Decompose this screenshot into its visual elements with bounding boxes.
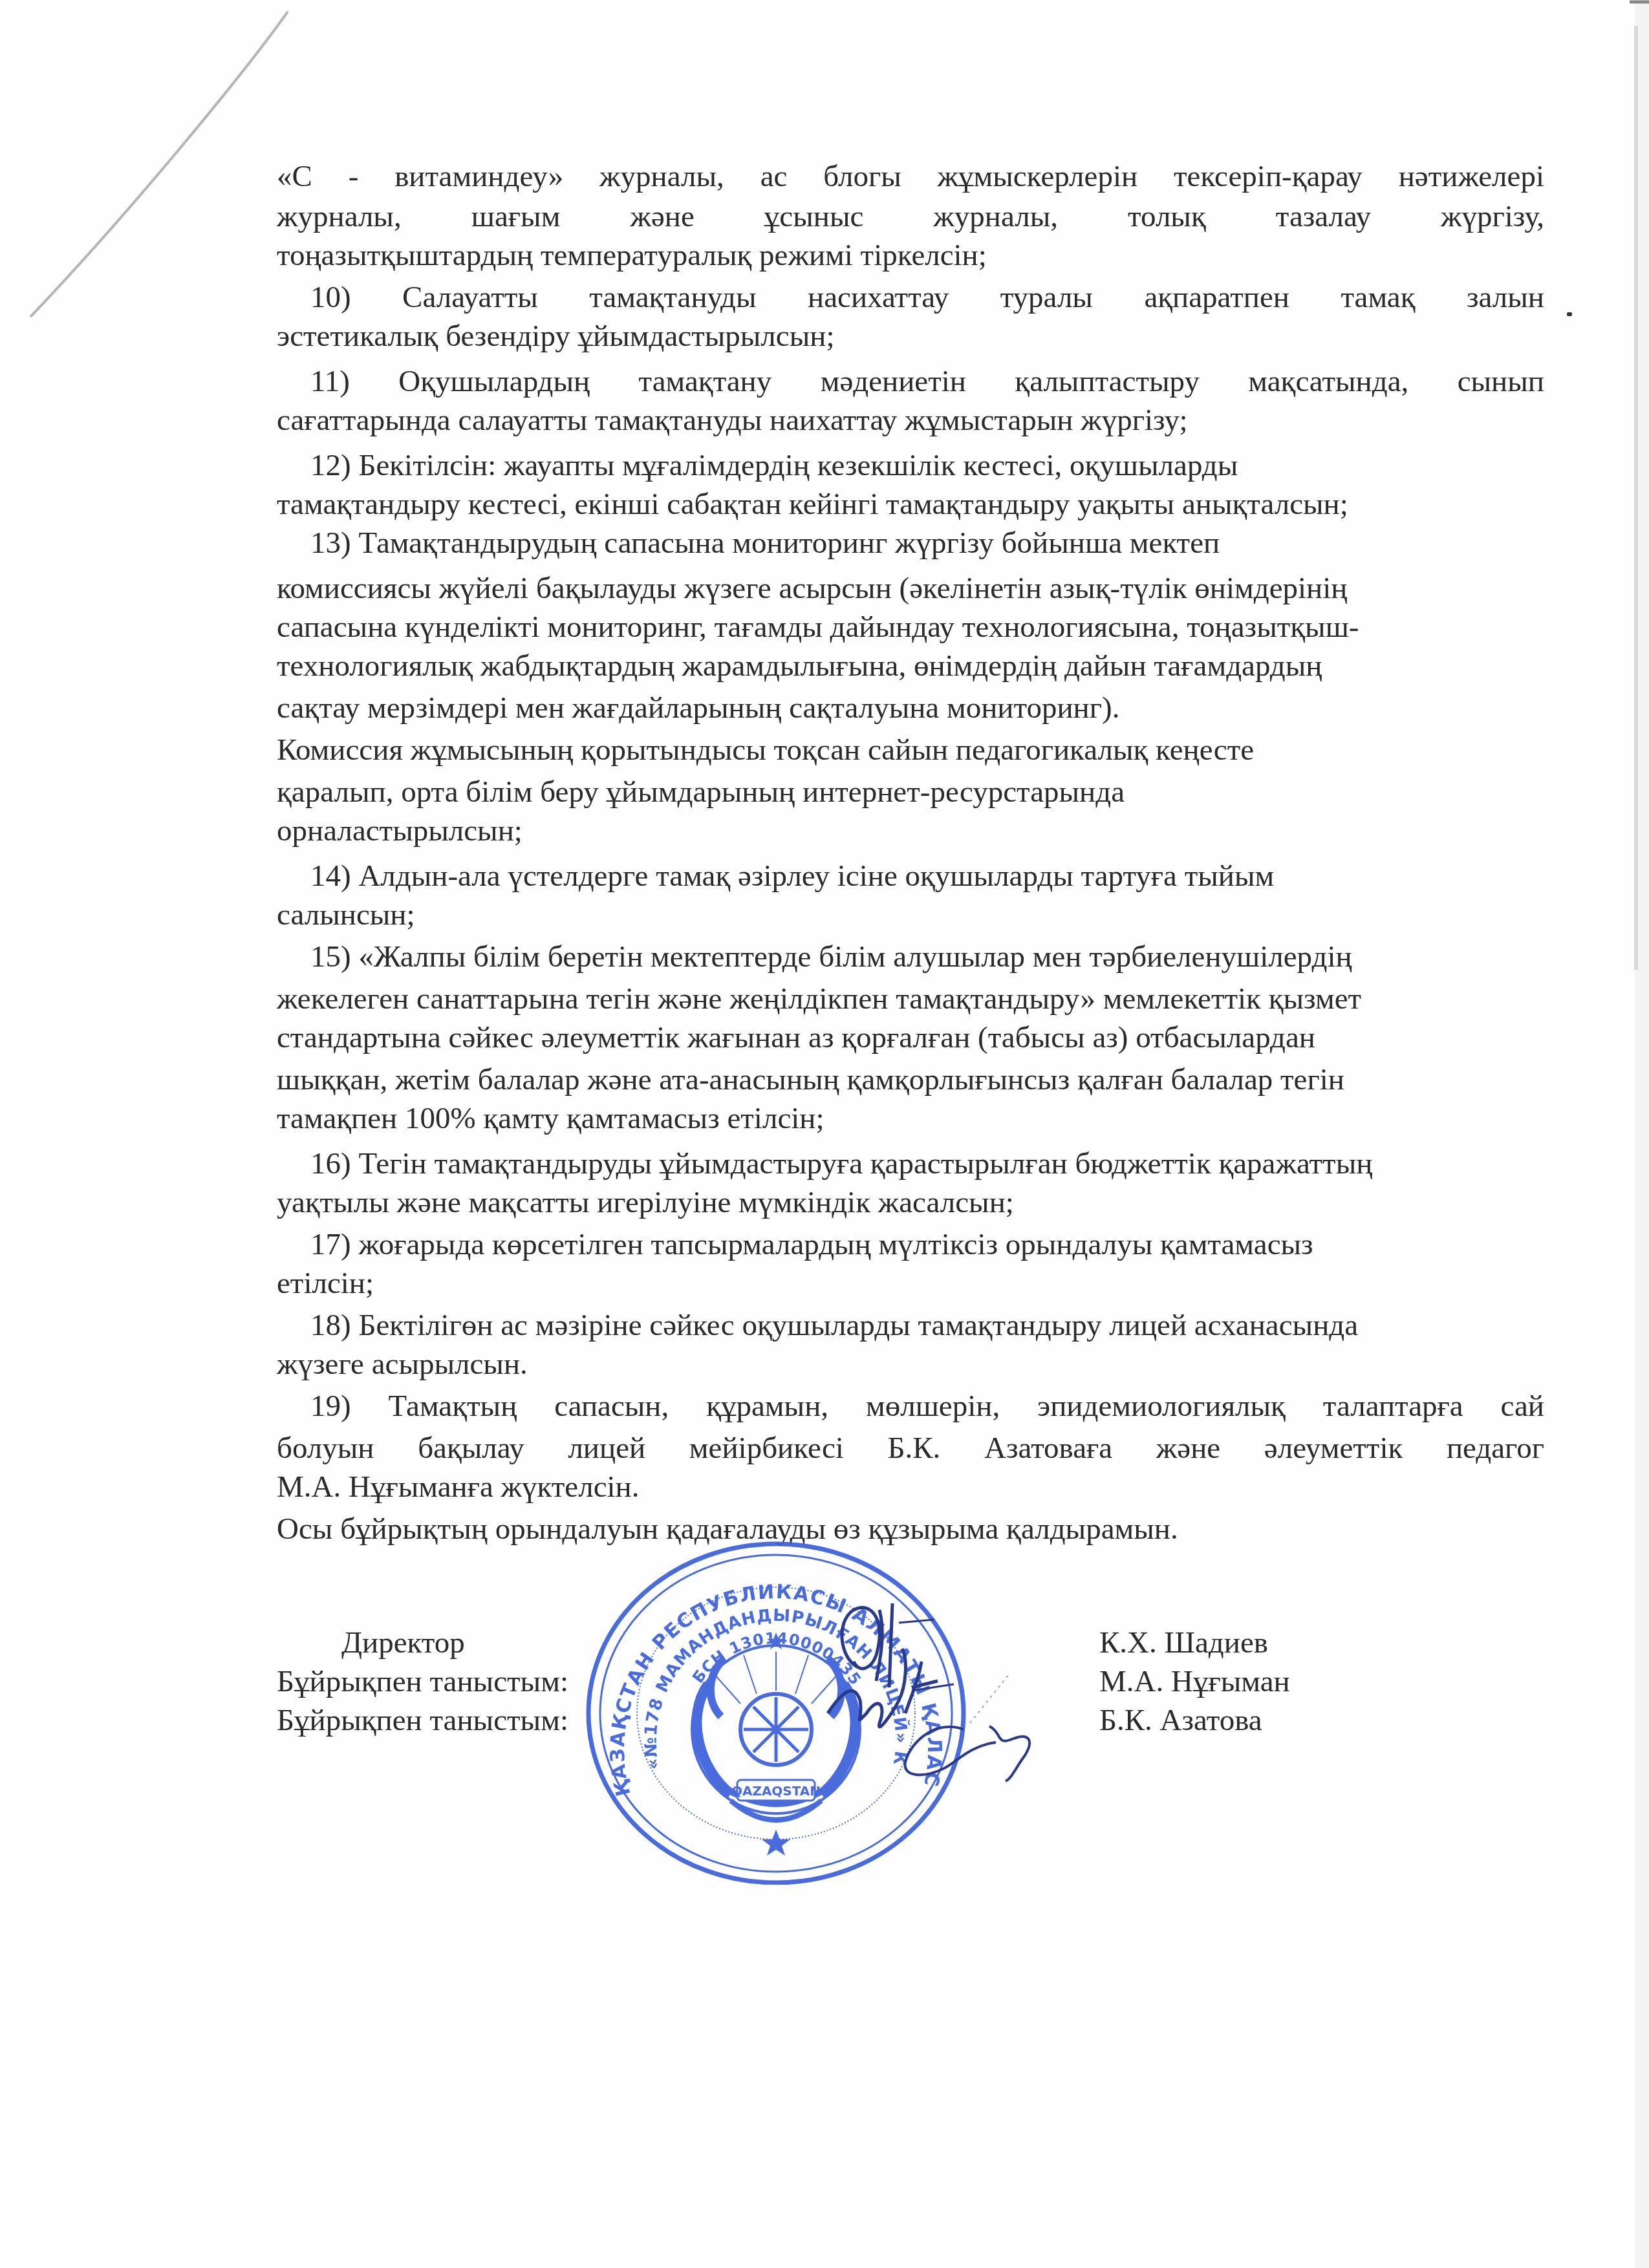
list-item-16: 16) Тегін тамақтандыруды ұйымдастыруға қ…	[277, 1146, 1372, 1182]
text-line: «С - витаминдеу» журналы, ас блогы жұмыс…	[277, 158, 1544, 195]
text-line: сағаттарында салауатты тамақтануды наиха…	[277, 402, 1188, 438]
text-line: Комиссия жұмысының қорытындысы тоқсан са…	[277, 732, 1254, 768]
acknowledged-label: Бұйрықпен таныстым:	[277, 1664, 568, 1700]
text-line: шыққан, жетім балалар және ата-анасының …	[277, 1062, 1344, 1098]
text-line: орналастырылсын;	[277, 813, 523, 849]
official-stamp: ҚАЗАҚСТАН РЕСПУБЛИКАСЫ АЛМАТЫ ҚАЛАСЫ БІЛ…	[569, 1535, 983, 1885]
text-line: эстетикалық безендіру ұйымдастырылсын;	[277, 318, 834, 354]
text-line: тоңазытқыштардың температуралық режимі т…	[277, 237, 987, 273]
text-line: қаралып, орта білім беру ұйымдарының инт…	[277, 774, 1125, 810]
star-icon	[762, 1830, 790, 1856]
text-line: М.А. Нұғыманға жүктелсін.	[277, 1469, 639, 1505]
signatory-name: М.А. Нұғыман	[1099, 1664, 1290, 1700]
list-item-15: 15) «Жалпы білім беретін мектептерде біл…	[277, 939, 1352, 975]
list-item-11: 11) Оқушылардың тамақтану мәдениетін қал…	[277, 363, 1544, 400]
text-line: сапасына күнделікті мониторинг, тағамды …	[277, 609, 1359, 645]
text-line: сақтау мерзімдері мен жағдайларының сақт…	[277, 690, 1119, 726]
list-item-13: 13) Тамақтандырудың сапасына мониторинг …	[277, 525, 1220, 561]
text-line: салынсын;	[277, 897, 415, 933]
list-item-18: 18) Бектілігөн ас мәзіріне сәйкес оқушыл…	[277, 1307, 1358, 1343]
text-line: технологиялық жабдықтардың жарамдылығына…	[277, 648, 1322, 684]
text-line: тамақпен 100% қамту қамтамасыз етілсін;	[277, 1100, 824, 1137]
text-line: тамақтандыру кестесі, екінші сабақтан ке…	[277, 486, 1348, 522]
list-item-10: 10) Салауатты тамақтануды насихаттау тур…	[277, 279, 1544, 316]
list-item-19: 19) Тамақтың сапасын, құрамын, мөлшерін,…	[277, 1388, 1544, 1424]
text-line: жекелеген санаттарына тегін және жеңілді…	[277, 981, 1361, 1017]
stray-mark	[1567, 312, 1572, 316]
text-line: журналы, шағым және ұсыныс журналы, толы…	[277, 198, 1544, 235]
text-line: болуын бақылау лицей мейірбикесі Б.К. Аз…	[277, 1430, 1544, 1466]
text-line: стандартына сәйкес әлеуметтік жағынан аз…	[277, 1020, 1315, 1056]
document-page: «С - витаминдеу» журналы, ас блогы жұмыс…	[0, 0, 1649, 2268]
acknowledged-label: Бұйрықпен таныстым:	[277, 1702, 568, 1738]
text-line: уақтылы және мақсатты игерілуіне мүмкінд…	[277, 1184, 1014, 1221]
list-item-12: 12) Бекітілсін: жауапты мұғалімдердің ке…	[277, 447, 1238, 484]
stamp-emblem-label: QAZAQSTAN	[731, 1783, 821, 1799]
list-item-14: 14) Алдын-ала үстелдерге тамақ әзірлеу і…	[277, 858, 1274, 894]
text-line: комиссиясы жүйелі бақылауды жүзеге асырс…	[277, 570, 1347, 606]
director-name: К.Х. Шадиев	[1099, 1625, 1268, 1661]
text-line: етілсін;	[277, 1265, 374, 1301]
signatory-name: Б.К. Азатова	[1099, 1702, 1262, 1738]
director-label: Директор	[341, 1625, 465, 1661]
list-item-17: 17) жоғарыда көрсетілген тапсырмалардың …	[277, 1226, 1313, 1263]
text-line: жүзеге асырылсын.	[277, 1346, 528, 1382]
